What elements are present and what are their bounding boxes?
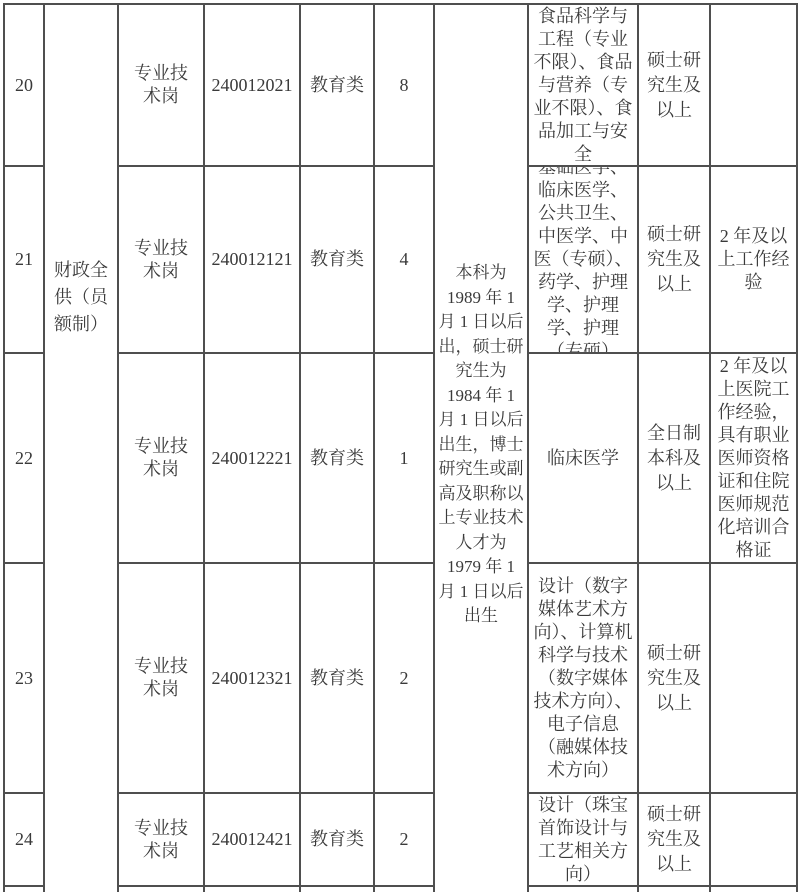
major-requirement-cell: 设计（珠宝首饰设计与工艺相关方向） <box>527 792 637 885</box>
post-category-cell: 教育类 <box>299 562 373 792</box>
headcount-cell: 4 <box>373 165 433 352</box>
age-requirement-cell: 本科为 1989 年 1 月 1 日以后出，硕士研究生为 1984 年 1 月 … <box>433 3 527 892</box>
age-requirement-text: 本科为 1989 年 1 月 1 日以后出，硕士研究生为 1984 年 1 月 … <box>435 261 527 629</box>
funding-type-cell: 财政全供（员额制） <box>43 3 117 892</box>
row-number-cell: 20 <box>3 3 43 165</box>
partial-next-row-cell <box>527 885 637 892</box>
partial-next-row-cell <box>117 885 203 892</box>
major-requirement-cell: 设计（数字媒体艺术方向）、计算机科学与技术（数字媒体技术方向）、电子信息（融媒体… <box>527 562 637 792</box>
post-type-cell: 专业技术岗 <box>117 352 203 562</box>
education-requirement-cell: 全日制本科及以上 <box>637 352 709 562</box>
partial-next-row-cell <box>373 885 433 892</box>
experience-requirement-cell <box>709 792 798 885</box>
row-number-cell: 23 <box>3 562 43 792</box>
post-code-cell: 240012221 <box>203 352 299 562</box>
post-category-cell: 教育类 <box>299 352 373 562</box>
major-requirement-cell: 食品科学与工程（专业不限）、食品与营养（专业不限）、食品加工与安全 <box>527 3 637 165</box>
major-requirement-cell: 基础医学、临床医学、公共卫生、中医学、中医（专硕）、药学、护理学、护理学、护理（… <box>527 165 637 352</box>
partial-next-row-cell <box>637 885 709 892</box>
partial-next-row-cell <box>299 885 373 892</box>
post-type-cell: 专业技术岗 <box>117 165 203 352</box>
row-number-cell: 21 <box>3 165 43 352</box>
post-type-cell: 专业技术岗 <box>117 792 203 885</box>
post-type-cell: 专业技术岗 <box>117 562 203 792</box>
post-category-cell: 教育类 <box>299 3 373 165</box>
experience-requirement-cell <box>709 3 798 165</box>
post-code-cell: 240012021 <box>203 3 299 165</box>
partial-next-row-cell <box>709 885 798 892</box>
experience-requirement-cell <box>709 562 798 792</box>
education-requirement-cell: 硕士研究生及以上 <box>637 3 709 165</box>
recruitment-table: 财政全供（员额制） 本科为 1989 年 1 月 1 日以后出，硕士研究生为 1… <box>0 0 800 892</box>
experience-requirement-cell: 2 年及以上医院工作经验，具有职业医师资格证和住院医师规范化培训合格证 <box>709 352 798 562</box>
row-number-cell: 24 <box>3 792 43 885</box>
headcount-cell: 8 <box>373 3 433 165</box>
education-requirement-cell: 硕士研究生及以上 <box>637 165 709 352</box>
major-requirement-cell: 临床医学 <box>527 352 637 562</box>
post-code-cell: 240012321 <box>203 562 299 792</box>
funding-type-text: 财政全供（员额制） <box>45 257 117 338</box>
partial-next-row-cell <box>203 885 299 892</box>
headcount-cell: 1 <box>373 352 433 562</box>
headcount-cell: 2 <box>373 792 433 885</box>
experience-requirement-cell: 2 年及以上工作经验 <box>709 165 798 352</box>
post-type-cell: 专业技术岗 <box>117 3 203 165</box>
headcount-cell: 2 <box>373 562 433 792</box>
partial-next-row-cell <box>3 885 43 892</box>
education-requirement-cell: 硕士研究生及以上 <box>637 792 709 885</box>
post-category-cell: 教育类 <box>299 792 373 885</box>
education-requirement-cell: 硕士研究生及以上 <box>637 562 709 792</box>
post-category-cell: 教育类 <box>299 165 373 352</box>
row-number-cell: 22 <box>3 352 43 562</box>
post-code-cell: 240012421 <box>203 792 299 885</box>
post-code-cell: 240012121 <box>203 165 299 352</box>
